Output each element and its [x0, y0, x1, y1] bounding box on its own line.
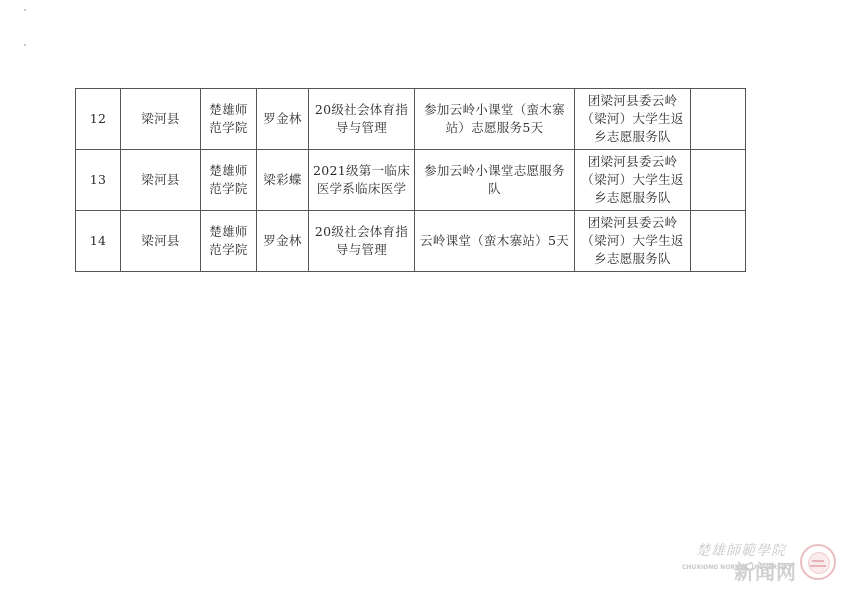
watermark-news-label: 新闻网 — [734, 556, 797, 585]
cell-major: 2021级第一临床医学系临床医学 — [309, 150, 415, 211]
cell-activity: 云岭课堂（蛮木寨站）5天 — [415, 211, 575, 272]
cell-school: 楚雄师范学院 — [201, 89, 257, 150]
cell-number: 14 — [76, 211, 121, 272]
cell-name: 梁彩蝶 — [257, 150, 309, 211]
table-row: 13 梁河县 楚雄师范学院 梁彩蝶 2021级第一临床医学系临床医学 参加云岭小… — [76, 150, 746, 211]
cell-major: 20级社会体育指导与管理 — [309, 89, 415, 150]
cell-organization: 团梁河县委云岭（梁河）大学生返乡志愿服务队 — [575, 211, 691, 272]
scan-speck — [24, 9, 26, 11]
cell-school: 楚雄师范学院 — [201, 211, 257, 272]
cell-county: 梁河县 — [121, 211, 201, 272]
cell-organization: 团梁河县委云岭（梁河）大学生返乡志愿服务队 — [575, 89, 691, 150]
cell-county: 梁河县 — [121, 89, 201, 150]
cell-number: 12 — [76, 89, 121, 150]
cell-name: 罗金林 — [257, 211, 309, 272]
cell-activity: 参加云岭小课堂志愿服务队 — [415, 150, 575, 211]
cell-major: 20级社会体育指导与管理 — [309, 211, 415, 272]
university-seal-icon — [800, 544, 836, 580]
table-row: 14 梁河县 楚雄师范学院 罗金林 20级社会体育指导与管理 云岭课堂（蛮木寨站… — [76, 211, 746, 272]
cell-remark — [691, 89, 746, 150]
cell-number: 13 — [76, 150, 121, 211]
university-news-watermark: 楚雄師範學院 CHUXIONG NORMAL UNIVERSITY 新闻网 — [682, 540, 848, 588]
scan-speck — [24, 44, 26, 46]
cell-activity: 参加云岭小课堂（蛮木寨站）志愿服务5天 — [415, 89, 575, 150]
cell-school: 楚雄师范学院 — [201, 150, 257, 211]
table-row: 12 梁河县 楚雄师范学院 罗金林 20级社会体育指导与管理 参加云岭小课堂（蛮… — [76, 89, 746, 150]
cell-remark — [691, 150, 746, 211]
cell-county: 梁河县 — [121, 150, 201, 211]
volunteer-table: 12 梁河县 楚雄师范学院 罗金林 20级社会体育指导与管理 参加云岭小课堂（蛮… — [75, 88, 746, 272]
cell-name: 罗金林 — [257, 89, 309, 150]
cell-remark — [691, 211, 746, 272]
cell-organization: 团梁河县委云岭（梁河）大学生返乡志愿服务队 — [575, 150, 691, 211]
